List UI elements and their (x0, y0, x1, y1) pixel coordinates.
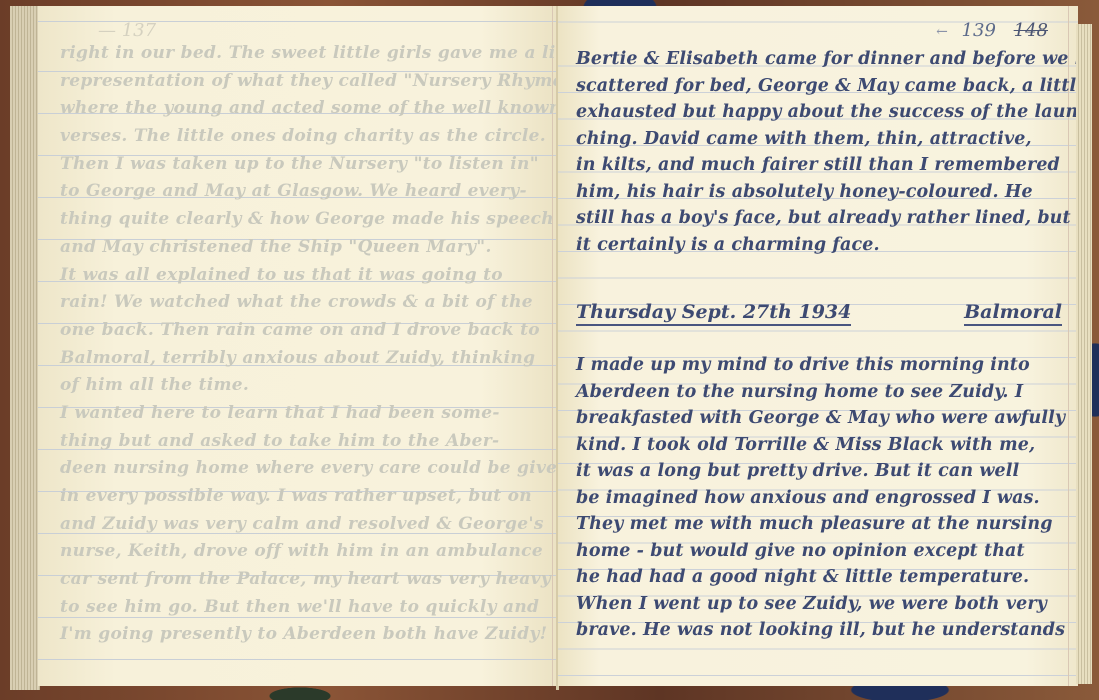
text-line: home - but would give no opinion except … (576, 538, 1060, 565)
text-line: in every possible way. I was rather upse… (60, 483, 540, 511)
text-line: one back. Then rain came on and I drove … (60, 317, 540, 345)
text-line: representation of what they called "Nurs… (60, 68, 540, 96)
entry-date: Thursday Sept. 27th 1934 (576, 301, 851, 326)
text-line: still has a boy's face, but already rath… (576, 205, 1060, 232)
text-line: Balmoral, terribly anxious about Zuidy, … (60, 345, 540, 373)
page-number: ← 139 148 (936, 20, 1048, 41)
text-line: and Zuidy was very calm and resolved & G… (60, 511, 540, 539)
entry-place: Balmoral (964, 301, 1062, 326)
text-line: it was a long but pretty drive. But it c… (576, 458, 1060, 485)
text-line: brave. He was not looking ill, but he un… (576, 617, 1060, 644)
struck-page-number: 148 (1014, 20, 1048, 41)
text-line: Then I was taken up to the Nursery "to l… (60, 151, 540, 179)
text-line: rain! We watched what the crowds & a bit… (60, 289, 540, 317)
entry-text: I made up my mind to drive this morning … (576, 352, 1060, 644)
entry-heading: Thursday Sept. 27th 1934 Balmoral (576, 301, 1062, 326)
text-line: it certainly is a charming face. (576, 232, 1060, 259)
text-line: exhausted but happy about the success of… (576, 99, 1060, 126)
continuation-text: Bertie & Elisabeth came for dinner and b… (576, 46, 1060, 258)
text-line: and May christened the Ship "Queen Mary"… (60, 234, 540, 262)
text-line: They met me with much pleasure at the nu… (576, 511, 1060, 538)
text-line: Aberdeen to the nursing home to see Zuid… (576, 379, 1060, 406)
page-block-right-edge (1076, 24, 1092, 684)
text-line: verses. The little ones doing charity as… (60, 123, 540, 151)
text-line: I made up my mind to drive this morning … (576, 352, 1060, 379)
text-line: in kilts, and much fairer still than I r… (576, 152, 1060, 179)
text-line: breakfasted with George & May who were a… (576, 405, 1060, 432)
text-line: be imagined how anxious and engrossed I … (576, 485, 1060, 512)
text-line: right in our bed. The sweet little girls… (60, 40, 540, 68)
text-line: nurse, Keith, drove off with him in an a… (60, 538, 540, 566)
text-line: When I went up to see Zuidy, we were bot… (576, 591, 1060, 618)
text-line: where the young and acted some of the we… (60, 95, 540, 123)
right-page: ← 139 148 Bertie & Elisabeth came for di… (558, 6, 1078, 686)
current-page-number: 139 (962, 20, 996, 41)
text-line: I'm going presently to Aberdeen both hav… (60, 621, 540, 649)
text-line: thing quite clearly & how George made hi… (60, 206, 540, 234)
text-line: kind. I took old Torrille & Miss Black w… (576, 432, 1060, 459)
open-diary: — 137 right in our bed. The sweet little… (10, 6, 1093, 690)
text-line: ching. David came with them, thin, attra… (576, 126, 1060, 153)
text-line: to George and May at Glasgow. We heard e… (60, 178, 540, 206)
text-line: I wanted here to learn that I had been s… (60, 400, 540, 428)
text-line: Bertie & Elisabeth came for dinner and b… (576, 46, 1060, 73)
text-line: thing but and asked to take him to the A… (60, 428, 540, 456)
text-line: deen nursing home where every care could… (60, 455, 540, 483)
text-line: of him all the time. (60, 372, 540, 400)
left-page: — 137 right in our bed. The sweet little… (38, 6, 558, 686)
text-line: to see him go. But then we'll have to qu… (60, 594, 540, 622)
text-line: scattered for bed, George & May came bac… (576, 73, 1060, 100)
left-page-number: — 137 (98, 20, 156, 41)
text-line: car sent from the Palace, my heart was v… (60, 566, 540, 594)
arrow-mark-icon: ← (936, 24, 948, 40)
text-line: he had had a good night & little tempera… (576, 564, 1060, 591)
page-block-left-edge (10, 6, 40, 690)
text-line: him, his hair is absolutely honey-colour… (576, 179, 1060, 206)
text-line: It was all explained to us that it was g… (60, 262, 540, 290)
left-page-text: right in our bed. The sweet little girls… (60, 40, 540, 649)
